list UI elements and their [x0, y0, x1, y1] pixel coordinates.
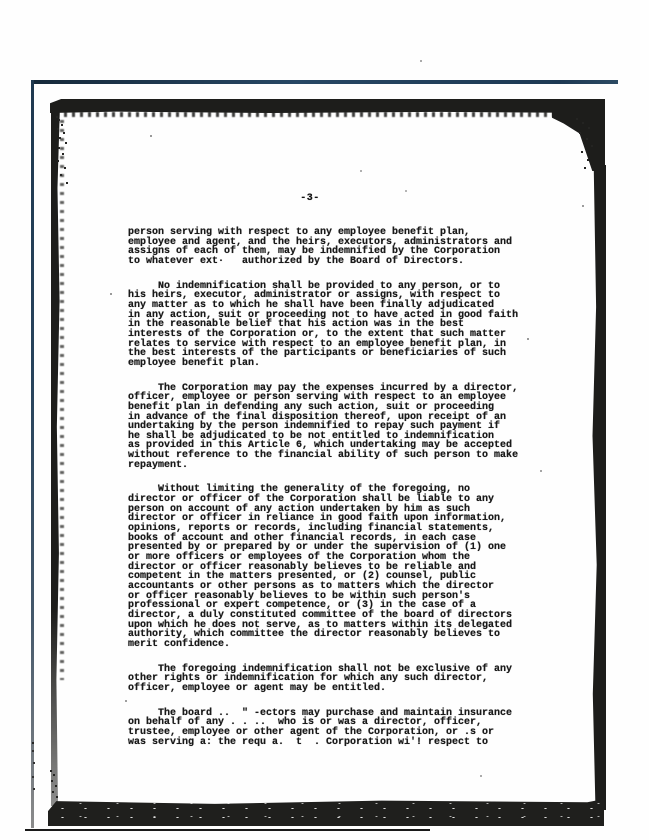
text-line: to whatever ext· authorized by the Board… [128, 257, 538, 267]
text-line: repayment. [128, 461, 538, 471]
text-line: was serving a: the requ a. t . Corporati… [128, 738, 538, 748]
toner-border-top-right-corner [552, 99, 605, 171]
toner-border-left [51, 104, 60, 806]
text-line: merit confidence. [128, 640, 538, 650]
scanned-document-page: -3- person serving with respect to any e… [0, 0, 649, 840]
paper-noise-dots [110, 293, 112, 295]
text-line: officer, employee or agent may be entitl… [128, 684, 538, 694]
text-line: employee benefit plan. [128, 359, 538, 369]
paragraph: The board .. " -ectors may purchase and … [128, 709, 538, 748]
toner-border-bottom-right-spike [597, 782, 601, 802]
document-body: person serving with respect to any emplo… [128, 228, 538, 762]
paragraph: Without limiting the generality of the f… [128, 485, 538, 649]
toner-speckle-top-right [576, 118, 578, 120]
text-line: without reference to the financial abili… [128, 451, 538, 461]
toner-border-top [50, 99, 605, 113]
outer-frame-line-left [31, 80, 34, 828]
toner-speckle-left-ticks [32, 742, 34, 744]
toner-border-top-fringe [56, 112, 596, 117]
outer-frame-line-bottom [25, 829, 430, 831]
paragraph: No indemnification shall be provided to … [128, 282, 538, 369]
page-number: -3- [128, 193, 492, 204]
paragraph: person serving with respect to any emplo… [128, 228, 538, 267]
paragraph: The Corporation may pay the expenses inc… [128, 384, 538, 471]
toner-speckle-top-left [56, 116, 58, 118]
toner-border-bottom [48, 799, 604, 826]
outer-frame-line-top [32, 80, 618, 84]
toner-border-left-fringe [60, 120, 64, 680]
toner-speckle-bottom-left [50, 770, 52, 772]
toner-border-right [591, 165, 606, 810]
paragraph: The foregoing indemnification shall not … [128, 665, 538, 694]
